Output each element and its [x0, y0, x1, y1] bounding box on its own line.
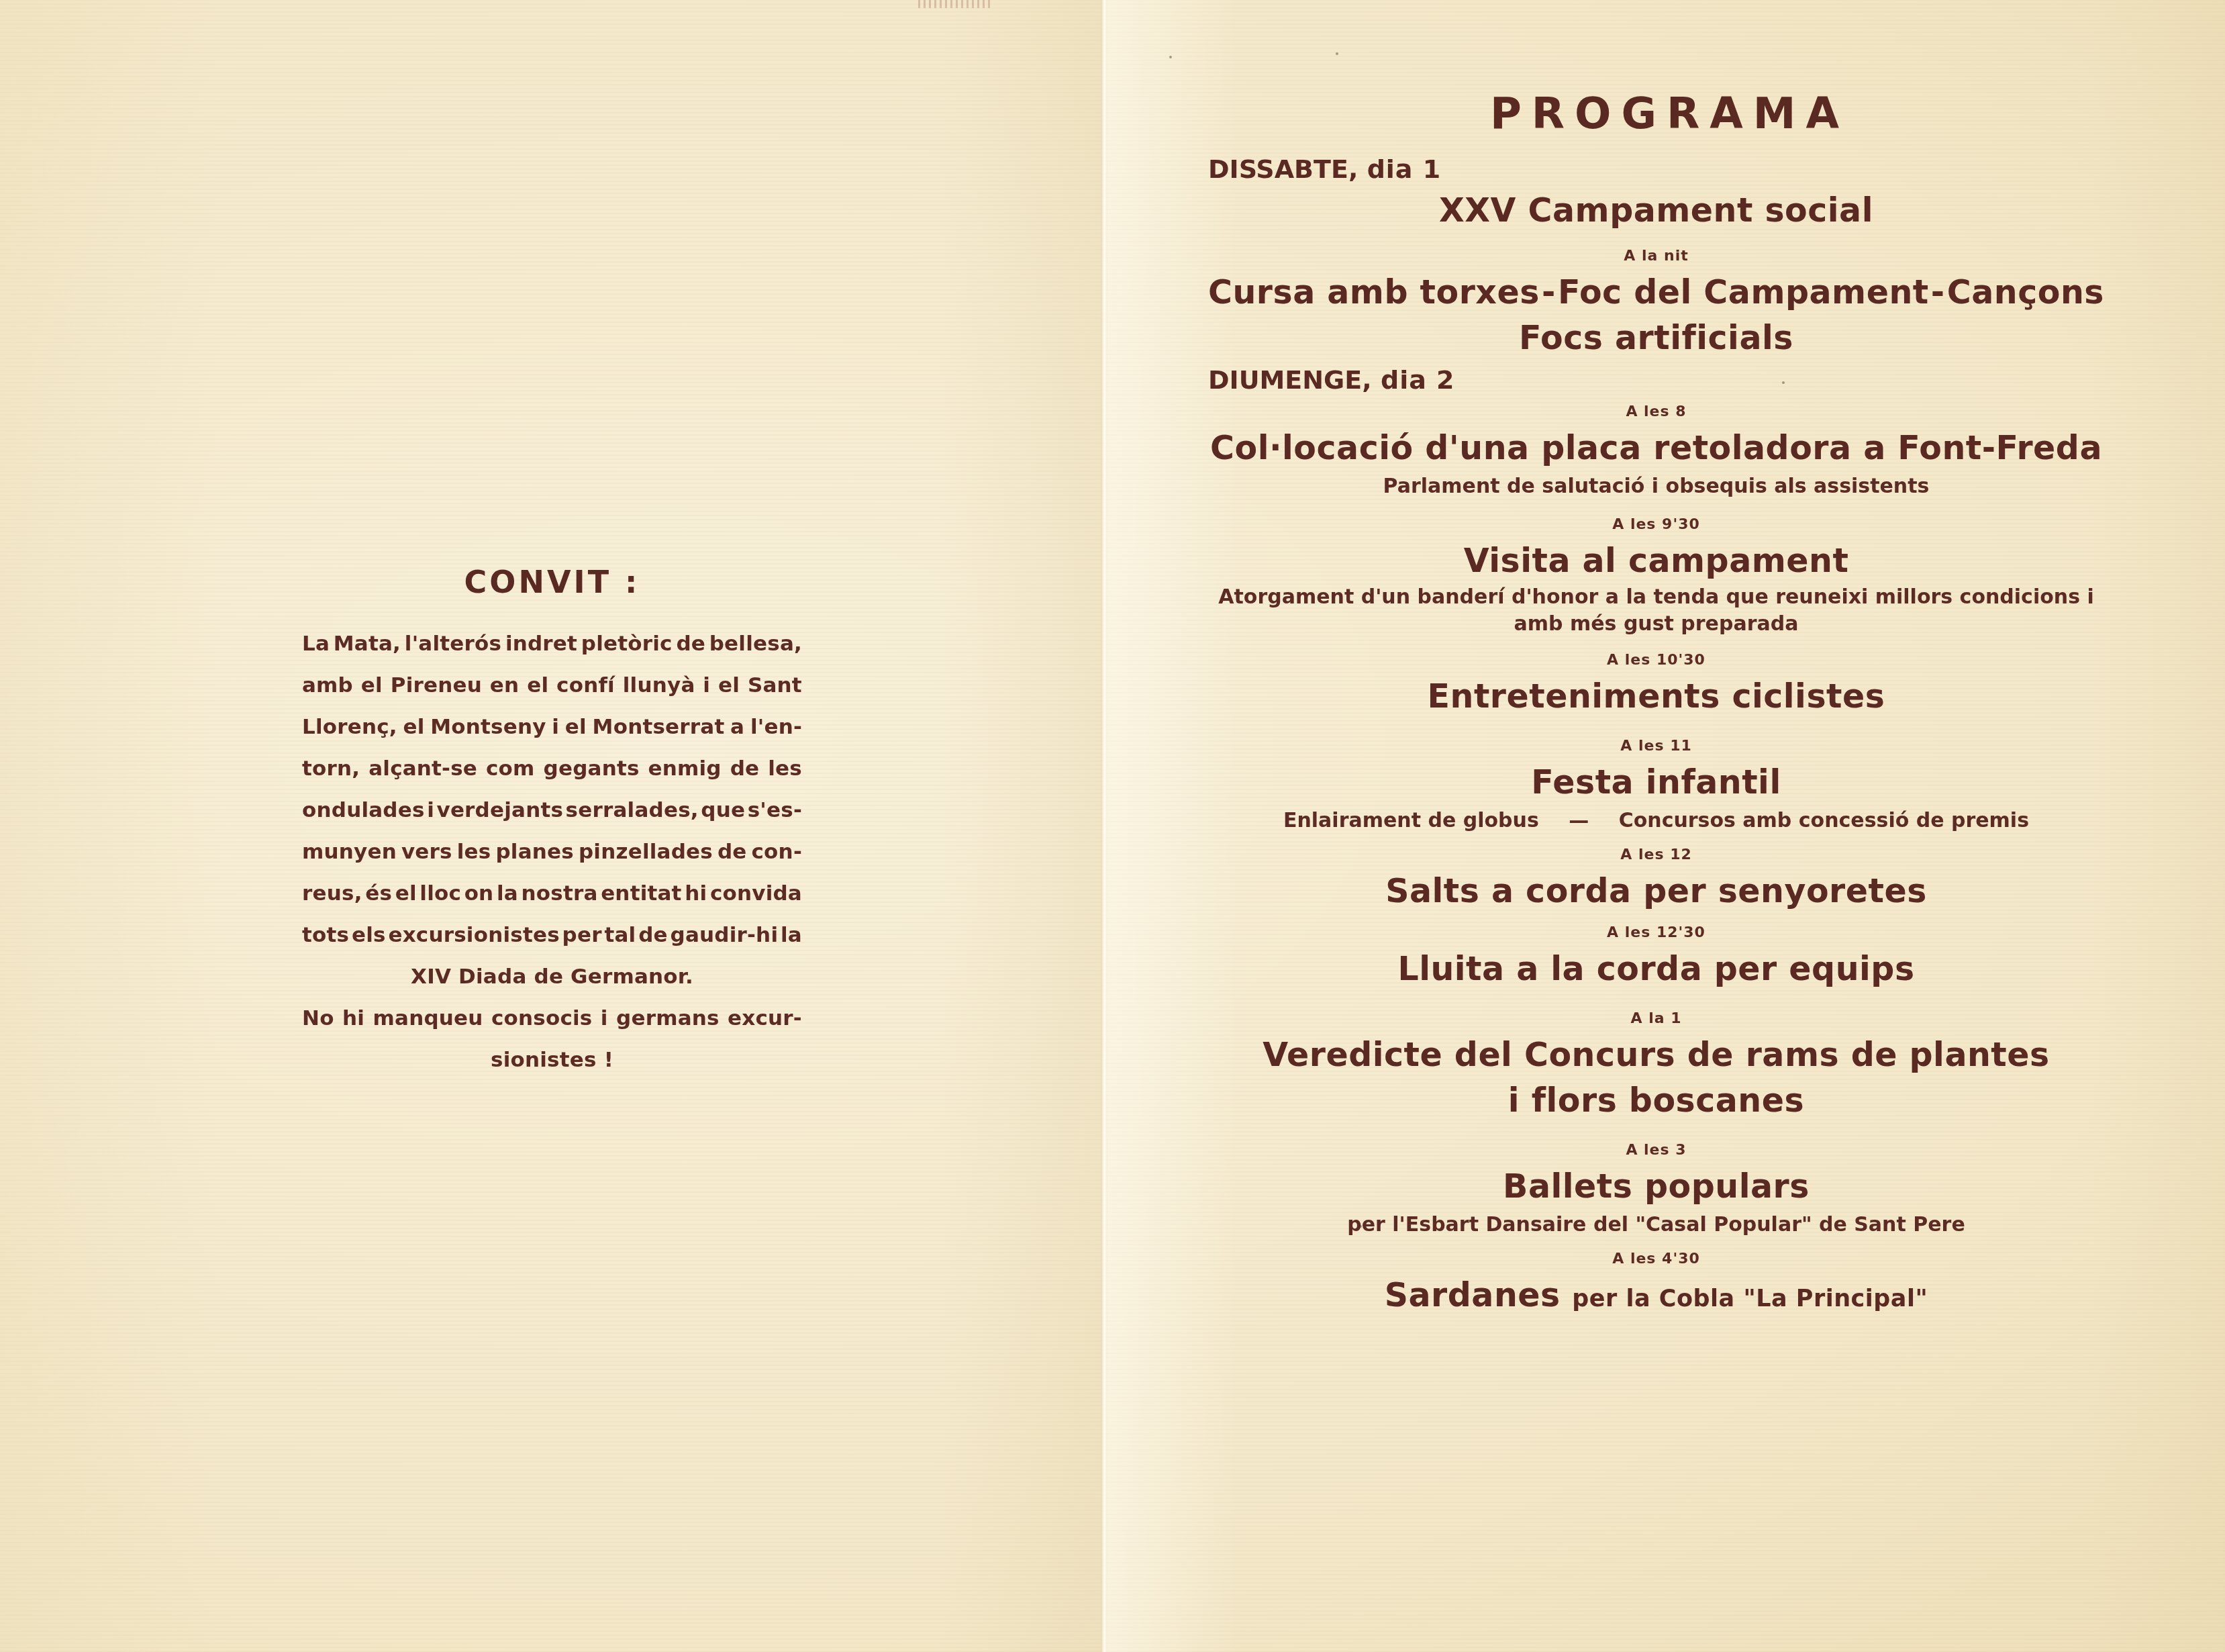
- word: bellesa,: [709, 623, 802, 665]
- word: hi: [685, 873, 707, 914]
- word: i: [703, 665, 710, 706]
- day-number: dia 1: [1367, 154, 1442, 184]
- word: con-: [752, 831, 802, 873]
- word: com: [486, 748, 535, 789]
- event-veredicte-concurs-cont: i flors boscanes: [1208, 1078, 2104, 1124]
- word: amb: [302, 665, 353, 706]
- word: consocis: [491, 998, 593, 1039]
- word: la: [497, 873, 518, 914]
- separator: —: [1569, 809, 1589, 832]
- word: manqueu: [373, 998, 483, 1039]
- event-detail: Atorgament d'un banderí d'honor a la ten…: [1208, 584, 2104, 611]
- event-time: A les 8: [1208, 399, 2104, 426]
- word: alçant-se: [368, 748, 477, 789]
- word: Montseny: [430, 706, 546, 748]
- word: el: [361, 665, 383, 706]
- word: vers: [401, 831, 452, 873]
- day-label: DISSABTE,: [1208, 154, 1358, 184]
- activity-torch-race: Cursa amb torxes: [1208, 270, 1540, 315]
- event-lluita-corda: Lluita a la corda per equips: [1208, 946, 2104, 992]
- event-visita-campament: Visita al campament: [1208, 538, 2104, 584]
- invitation-line: reus, és el lloc on la nostra entitat hi…: [302, 873, 802, 914]
- word: els: [352, 914, 386, 956]
- invitation-line: ondulades i verdejants serralades, que s…: [302, 789, 802, 831]
- word: l'alterós: [405, 623, 501, 665]
- word: en: [490, 665, 520, 706]
- word: de: [718, 831, 747, 873]
- invitation-line: Llorenç, el Montseny i el Montserrat a l…: [302, 706, 802, 748]
- program-section: PROGRAMA DISSABTE, dia 1 XXV Campament s…: [1208, 87, 2104, 1322]
- word: l'en-: [750, 706, 802, 748]
- word: per: [562, 914, 602, 956]
- event-name-text: XIV Diada de Germanor.: [411, 956, 693, 998]
- scan-edge-marks: [918, 0, 991, 8]
- word: tots: [302, 914, 349, 956]
- word: de: [730, 748, 760, 789]
- word: serralades,: [566, 789, 699, 831]
- event-fireworks: Focs artificials: [1208, 315, 2104, 361]
- event-placa-font-freda: Col·locació d'una placa retoladora a Fon…: [1208, 426, 2104, 471]
- word: és: [365, 873, 392, 914]
- program-title: PROGRAMA: [1208, 87, 2104, 141]
- invitation-line: tots els excursionistes per tal de gaudi…: [302, 914, 802, 956]
- closing-text: sionistes !: [491, 1039, 613, 1081]
- word: el: [403, 706, 425, 748]
- word: i: [601, 998, 608, 1039]
- word: verdejants: [436, 789, 563, 831]
- event-veredicte-concurs: Veredicte del Concurs de rams de plantes: [1208, 1032, 2104, 1078]
- invitation-line: No hi manqueu consocis i germans excur-: [302, 998, 802, 1039]
- word: reus,: [302, 873, 362, 914]
- word: Llorenç,: [302, 706, 397, 748]
- word: on: [464, 873, 494, 914]
- event-night-activities: Cursa amb torxes - Foc del Campament - C…: [1208, 270, 2104, 315]
- day-heading-saturday: DISSABTE, dia 1: [1208, 150, 2104, 188]
- separator: -: [1931, 270, 1945, 315]
- paper-speck: [1169, 56, 1172, 58]
- event-time: A la nit: [1208, 243, 2104, 270]
- day-heading-sunday: DIUMENGE, dia 2: [1208, 361, 2104, 399]
- word: No: [302, 998, 334, 1039]
- cobla-label: per la Cobla "La Principal": [1572, 1285, 1928, 1312]
- scanned-leaflet: CONVIT : La Mata, l'alterós indret pletò…: [0, 0, 2225, 1652]
- word: planes: [495, 831, 573, 873]
- word: gaudir-hi: [671, 914, 779, 956]
- word: germans: [616, 998, 720, 1039]
- event-detail: Enlairament de globus — Concursos amb co…: [1208, 806, 2104, 836]
- word: nostra: [522, 873, 598, 914]
- word: indret: [505, 623, 577, 665]
- invitation-line: munyen vers les planes pinzellades de co…: [302, 831, 802, 873]
- word: munyen: [302, 831, 397, 873]
- event-time: A les 3: [1208, 1137, 2104, 1164]
- event-ciclistes: Entreteniments ciclistes: [1208, 674, 2104, 720]
- word: a: [730, 706, 744, 748]
- word: gegants: [544, 748, 640, 789]
- word: enmig: [648, 748, 722, 789]
- event-ballets-populars: Ballets populars: [1208, 1164, 2104, 1210]
- activity-camp-fire: Foc del Campament: [1558, 270, 1929, 315]
- word: pletòric: [581, 623, 673, 665]
- invitation-section: CONVIT : La Mata, l'alterós indret pletò…: [302, 564, 802, 1081]
- word: i: [427, 789, 434, 831]
- word: entitat: [601, 873, 682, 914]
- event-sardanes: Sardanes per la Cobla "La Principal": [1208, 1273, 2104, 1322]
- event-time: A les 9'30: [1208, 512, 2104, 538]
- word: lloc: [419, 873, 461, 914]
- word: s'es-: [748, 789, 802, 831]
- invitation-line: La Mata, l'alterós indret pletòric de be…: [302, 623, 802, 665]
- word: les: [768, 748, 802, 789]
- invitation-title: CONVIT :: [302, 564, 802, 600]
- word: el: [527, 665, 548, 706]
- day-number: dia 2: [1381, 365, 1455, 395]
- word: de: [676, 623, 705, 665]
- word: ondulades: [302, 789, 425, 831]
- word: excur-: [728, 998, 802, 1039]
- word: les: [457, 831, 491, 873]
- word: i: [552, 706, 559, 748]
- event-salts-corda: Salts a corda per senyoretes: [1208, 869, 2104, 914]
- word: torn,: [302, 748, 360, 789]
- word: el: [718, 665, 740, 706]
- invitation-line: torn, alçant-se com gegants enmig de les: [302, 748, 802, 789]
- day-label: DIUMENGE,: [1208, 365, 1372, 395]
- word: el: [565, 706, 587, 748]
- activity-songs: Cançons: [1947, 270, 2104, 315]
- word: Sant: [748, 665, 802, 706]
- word: hi: [342, 998, 364, 1039]
- invitation-event-name: XIV Diada de Germanor.: [302, 956, 802, 998]
- event-time: A les 10'30: [1208, 647, 2104, 674]
- invitation-line: amb el Pireneu en el confí llunyà i el S…: [302, 665, 802, 706]
- word: la: [781, 914, 802, 956]
- word: Mata,: [334, 623, 401, 665]
- word: La: [302, 623, 330, 665]
- event-detail: per l'Esbart Dansaire del "Casal Popular…: [1208, 1210, 2104, 1241]
- event-festa-infantil: Festa infantil: [1208, 760, 2104, 806]
- word: el: [395, 873, 417, 914]
- invitation-closing: sionistes !: [302, 1039, 802, 1081]
- word: llunyà: [623, 665, 695, 706]
- word: excursionistes: [388, 914, 559, 956]
- separator: -: [1542, 270, 1556, 315]
- paper-speck: [1336, 52, 1338, 55]
- word: convida: [710, 873, 802, 914]
- word: confí: [556, 665, 615, 706]
- word: pinzellades: [579, 831, 713, 873]
- event-campament-social: XXV Campament social: [1208, 188, 2104, 234]
- center-fold: [1101, 0, 1107, 1652]
- word: de: [638, 914, 668, 956]
- event-detail: Parlament de salutació i obsequis als as…: [1208, 471, 2104, 502]
- event-detail: amb més gust preparada: [1208, 611, 2104, 638]
- event-time: A les 11: [1208, 733, 2104, 760]
- event-time: A les 4'30: [1208, 1246, 2104, 1273]
- event-time: A les 12: [1208, 842, 2104, 869]
- word: Pireneu: [391, 665, 482, 706]
- event-time: A les 12'30: [1208, 920, 2104, 946]
- word: que: [701, 789, 745, 831]
- sardanes-label: Sardanes: [1385, 1276, 1561, 1314]
- word: Montserrat: [593, 706, 725, 748]
- detail-balloons: Enlairament de globus: [1283, 809, 1539, 832]
- event-time: A la 1: [1208, 1006, 2104, 1032]
- detail-contests: Concursos amb concessió de premis: [1619, 809, 2029, 832]
- word: tal: [604, 914, 636, 956]
